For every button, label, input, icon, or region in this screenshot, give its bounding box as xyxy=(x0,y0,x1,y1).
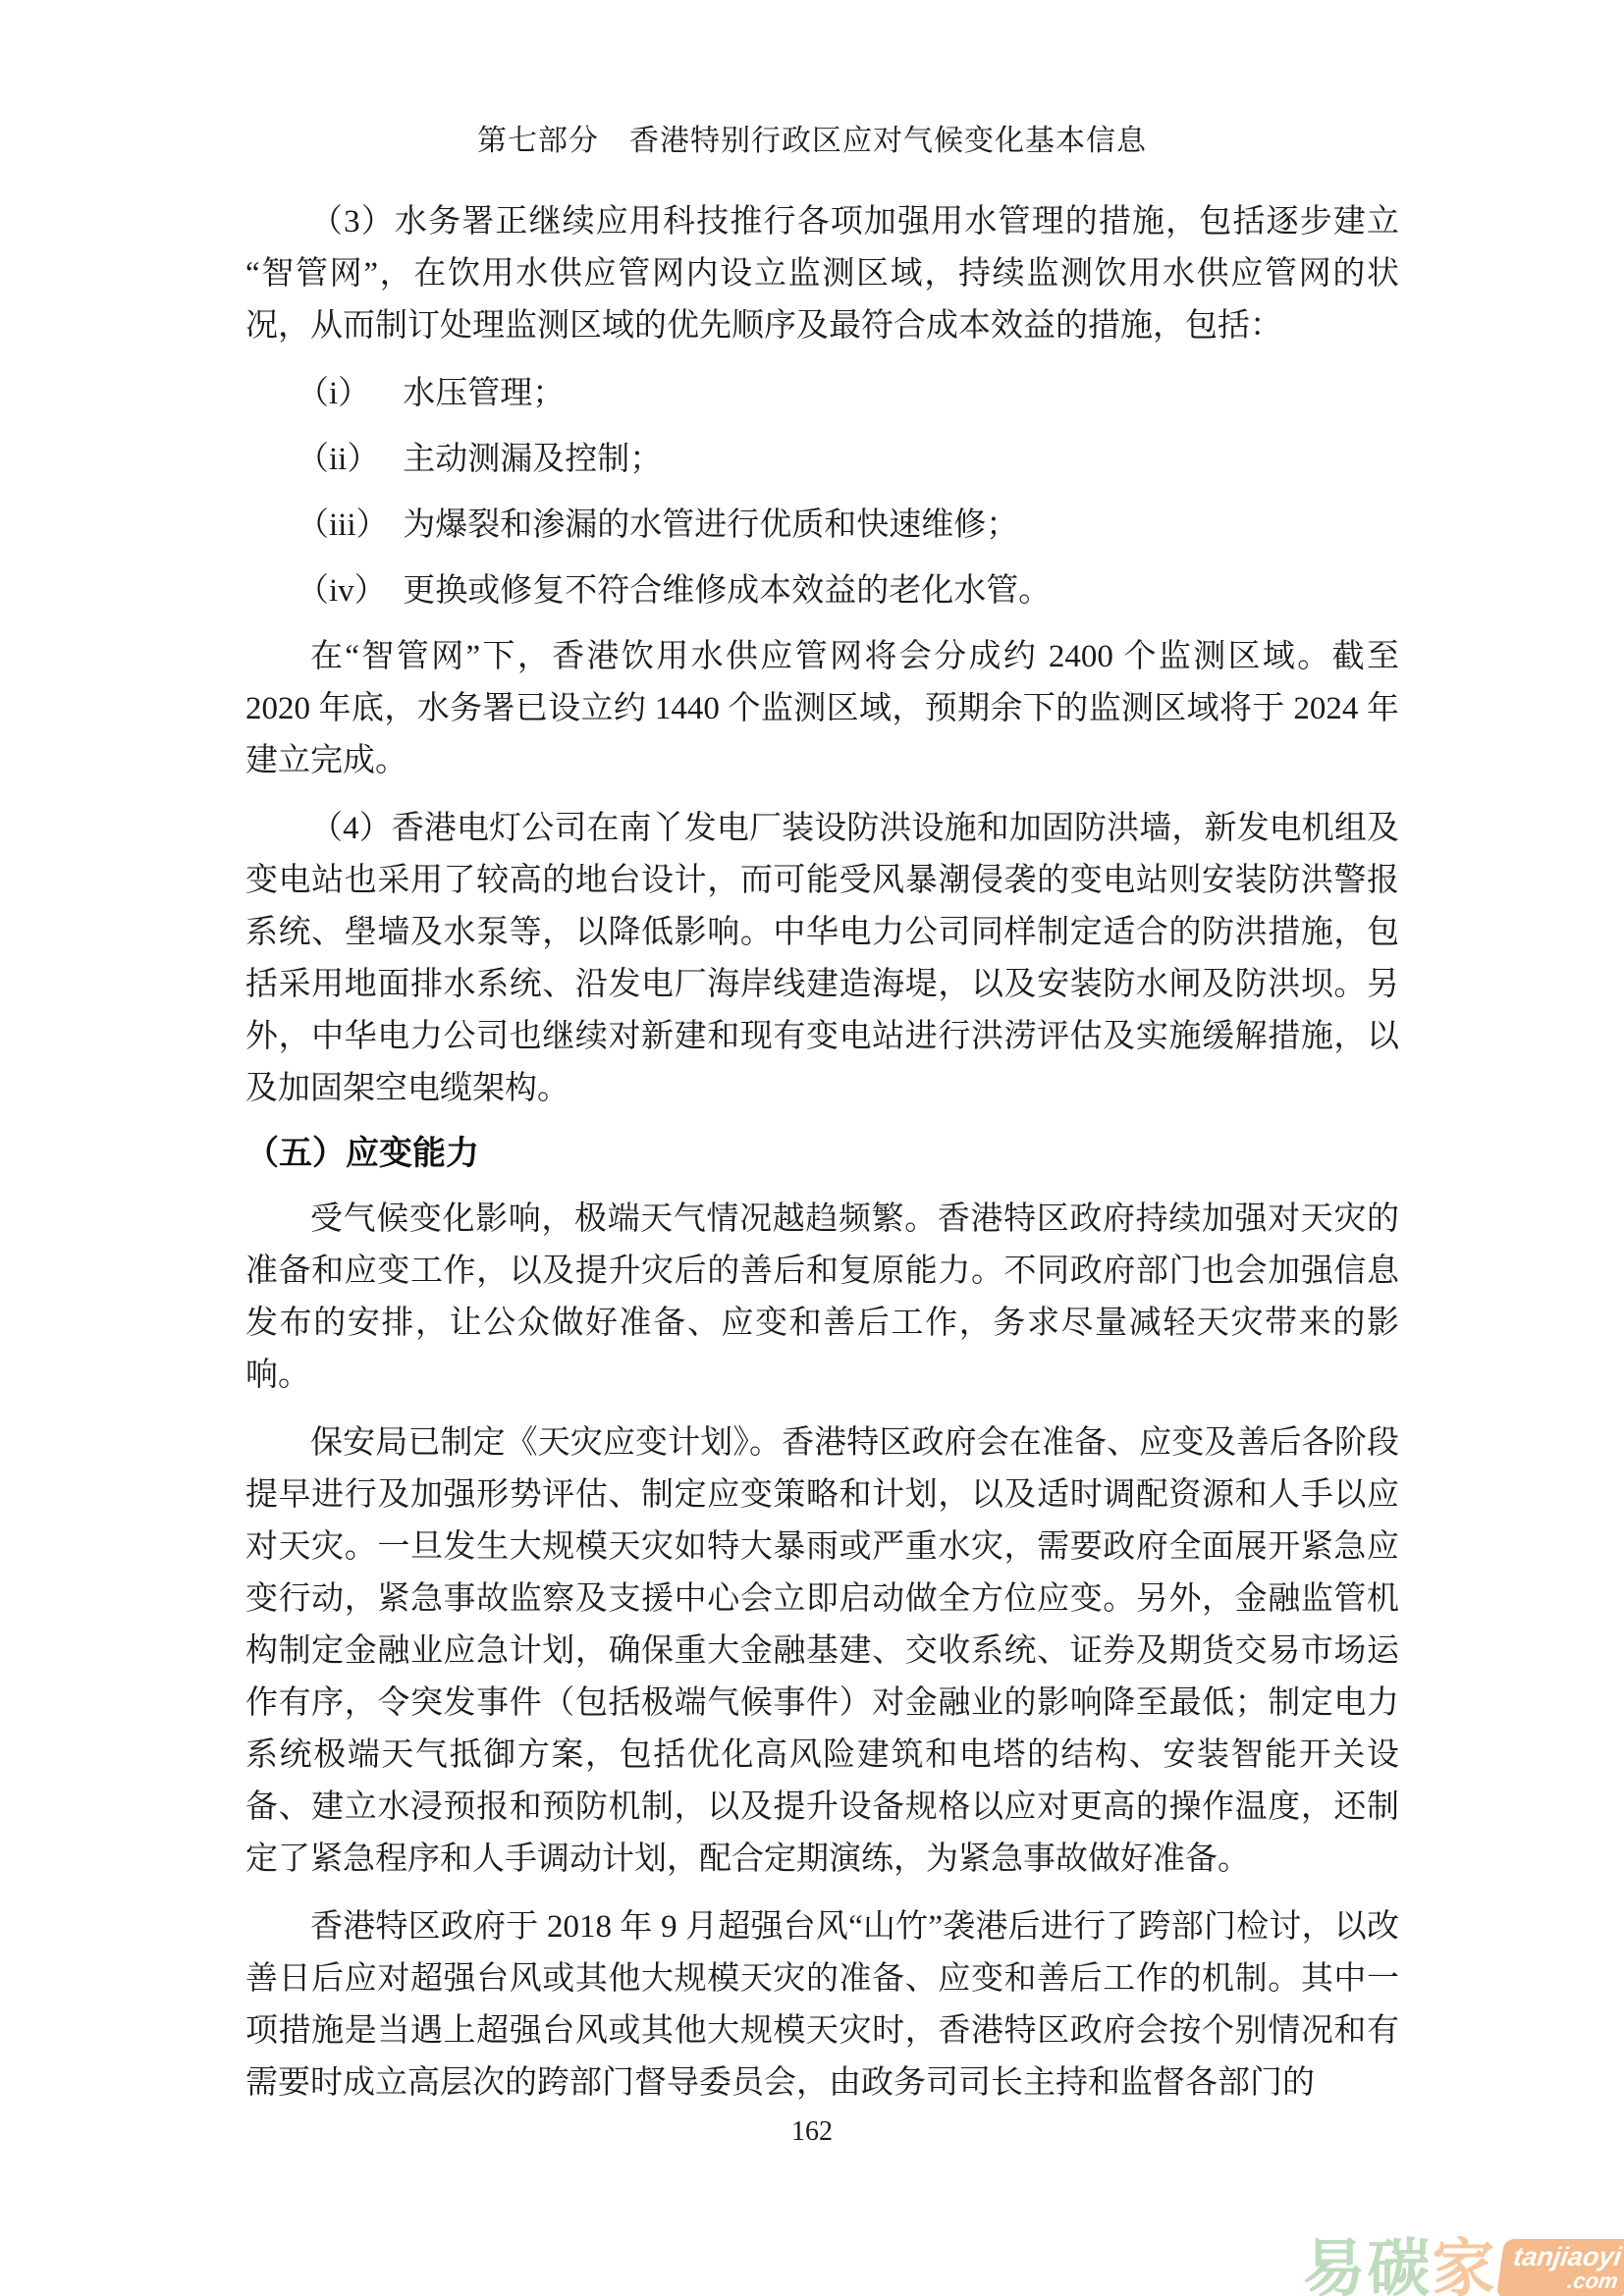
watermark-char-orange: 家 xyxy=(1432,2233,1496,2296)
paragraph-power-companies-flood: （4）香港电灯公司在南丫发电厂装设防洪设施和加固防洪墙，新发电机组及变电站也采用… xyxy=(245,803,1399,1115)
page-body: （3）水务署正继续应用科技推行各项加强用水管理的措施，包括逐步建立“智管网”，在… xyxy=(245,196,1399,2125)
watermark-logo-text: 易碳家 xyxy=(1302,2237,1496,2296)
list-item-text: 水压管理； xyxy=(403,376,565,411)
paragraph-typhoon-mangkhut-review: 香港特区政府于 2018 年 9 月超强台风“山竹”袭港后进行了跨部门检讨，以改… xyxy=(245,1901,1399,2109)
document-page: 第七部分 香港特别行政区应对气候变化基本信息 （3）水务署正继续应用科技推行各项… xyxy=(0,0,1624,2296)
paragraph-security-bureau-plan: 保安局已制定《天灾应变计划》。香港特区政府会在准备、应变及善后各阶段提早进行及加… xyxy=(245,1417,1399,1886)
list-marker: （i） xyxy=(297,368,395,420)
page-header-title: 第七部分 香港特别行政区应对气候变化基本信息 xyxy=(0,116,1624,159)
list-item-text: 更换或修复不符合维修成本效益的老化水管。 xyxy=(403,573,1051,609)
list-marker: （iii） xyxy=(297,500,395,552)
paragraph-extreme-weather-response: 受气候变化影响，极端天气情况越趋频繁。香港特区政府持续加强对天灾的准备和应变工作… xyxy=(245,1194,1399,1402)
paragraph-smart-network: 在“智管网”下，香港饮用水供应管网将会分成约 2400 个监测区域。截至 202… xyxy=(245,631,1399,787)
watermark-domain-badge: tanjiaoyi .com xyxy=(1496,2239,1624,2296)
section-heading-response-capability: （五）应变能力 xyxy=(245,1131,1399,1176)
paragraph-water-dept-measures: （3）水务署正继续应用科技推行各项加强用水管理的措施，包括逐步建立“智管网”，在… xyxy=(245,196,1399,352)
list-item-pipe-replacement: （iv） 更换或修复不符合维修成本效益的老化水管。 xyxy=(245,565,1399,617)
list-item-water-pressure: （i） 水压管理； xyxy=(245,368,1399,420)
watermark-domain-name: tanjiaoyi xyxy=(1512,2243,1623,2270)
page-number: 162 xyxy=(0,2116,1624,2148)
list-marker: （iv） xyxy=(297,565,395,617)
watermark-domain-tld: .com xyxy=(1509,2270,1620,2292)
watermark-chars-green: 易碳 xyxy=(1302,2233,1432,2296)
list-item-text: 为爆裂和渗漏的水管进行优质和快速维修； xyxy=(403,507,1018,543)
list-item-pipe-repair: （iii） 为爆裂和渗漏的水管进行优质和快速维修； xyxy=(245,500,1399,552)
list-marker: （ii） xyxy=(297,434,395,486)
tanjiaoyi-watermark-logo: 易碳家 tanjiaoyi .com xyxy=(1302,2237,1624,2296)
list-item-leak-control: （ii） 主动测漏及控制； xyxy=(245,434,1399,486)
list-item-text: 主动测漏及控制； xyxy=(403,442,662,477)
